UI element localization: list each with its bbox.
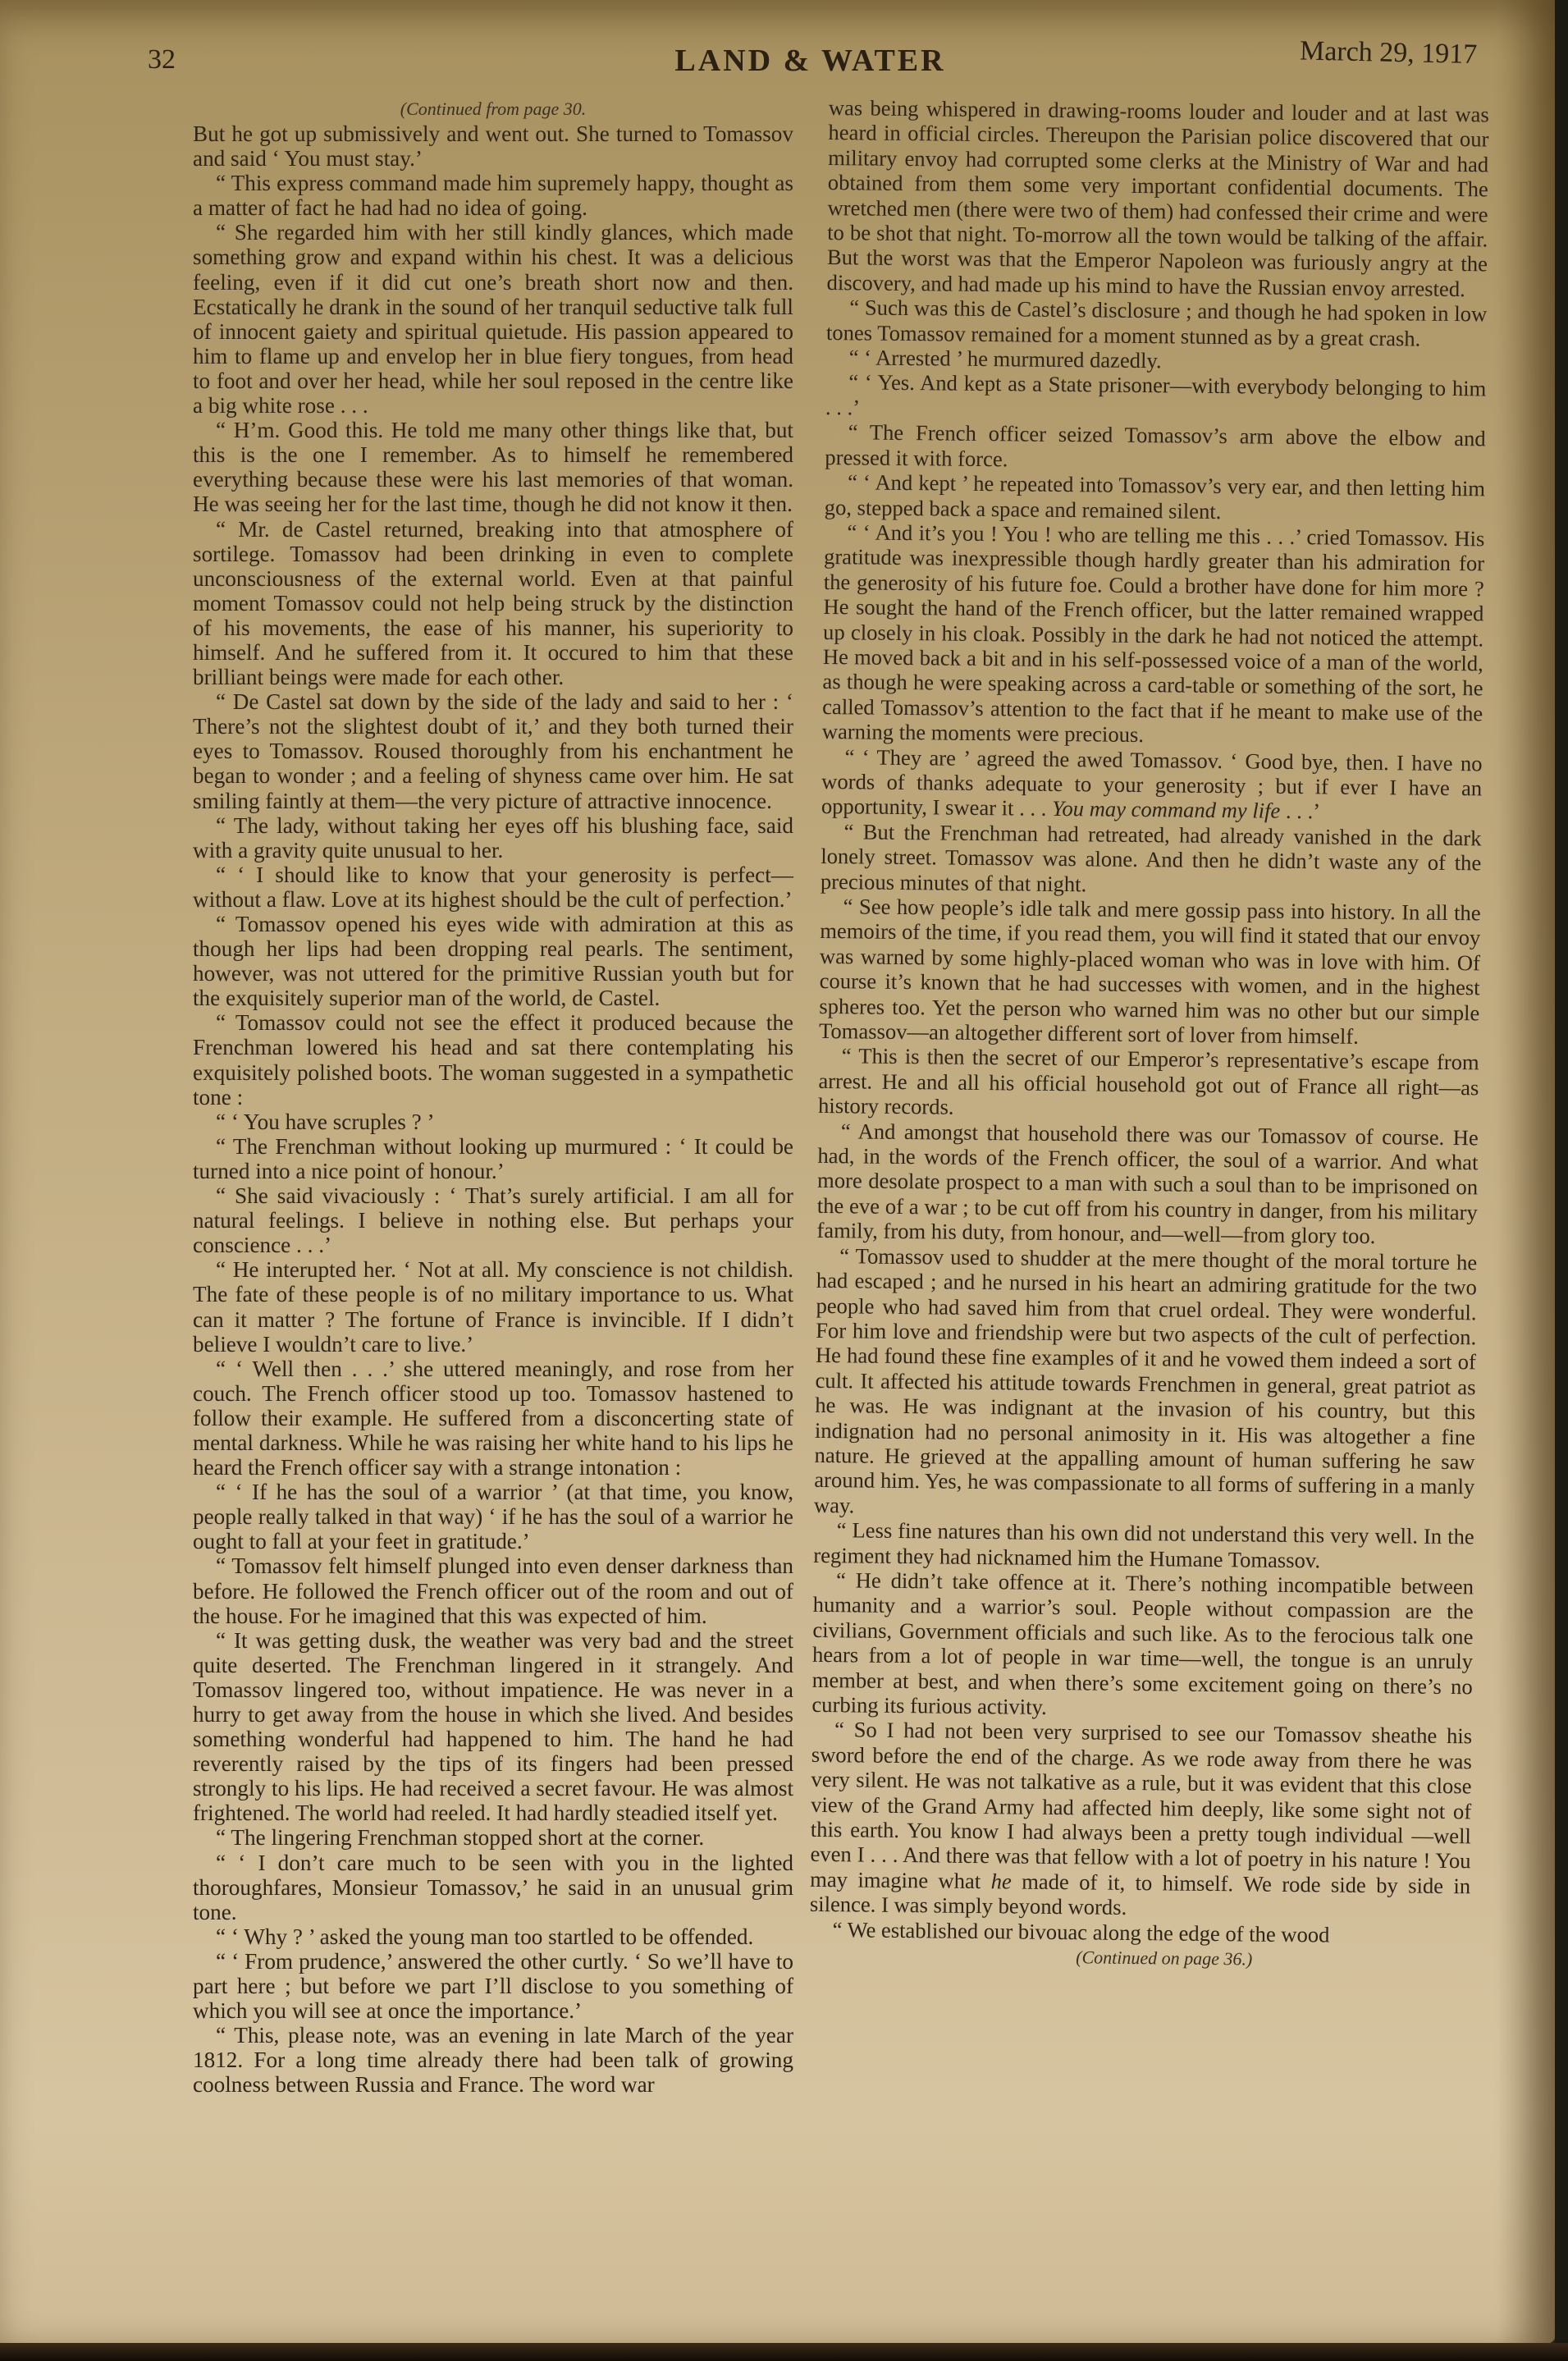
paragraph: “ ‘ And kept ’ he repeated into Tomassov… [825, 469, 1486, 526]
paragraph-text: . . .’ [1280, 798, 1320, 824]
paragraph: was being whispered in drawing-rooms lou… [826, 95, 1489, 302]
paragraph: “ Such was this de Castel’s disclosure ;… [826, 295, 1488, 351]
paragraph: “ The French officer seized Tomassov’s a… [825, 419, 1486, 476]
paragraph: “ She regarded him with her still kindly… [193, 220, 793, 418]
paragraph: “ ‘ Well then . . .’ she uttered meaning… [193, 1357, 793, 1480]
masthead: LAND & WATER [144, 43, 1477, 79]
issue-date: March 29, 1917 [1299, 35, 1477, 71]
paragraph: “ De Castel sat down by the side of the … [193, 689, 793, 812]
paragraph: “ ‘ Yes. And kept as a State prisoner—wi… [825, 369, 1487, 426]
paragraph: “ He didn’t take offence at it. There’s … [811, 1567, 1474, 1724]
italic-text: he [991, 1869, 1012, 1893]
paragraph: “ But the Frenchman had retreated, had a… [821, 819, 1482, 901]
paragraph: “ Tomassov felt himself plunged into eve… [193, 1553, 793, 1627]
paragraph: “ ‘ And it’s you ! You ! who are telling… [822, 519, 1485, 751]
paragraph: “ Tomassov opened his eyes wide with adm… [193, 912, 793, 1010]
paragraph: “ ‘ I don’t care much to be seen with yo… [193, 1851, 793, 1924]
paragraph: “ The lady, without taking her eyes off … [193, 813, 793, 862]
paragraph-text: “ So I had not been very surprised to se… [810, 1718, 1472, 1893]
paragraph: But he got up submissively and went out.… [193, 121, 793, 171]
paragraph: “ ‘ If he has the soul of a warrior ’ (a… [193, 1480, 793, 1553]
paragraph: “ This, please note, was an evening in l… [193, 2023, 793, 2097]
paragraph: “ See how people’s idle talk and mere go… [819, 894, 1481, 1050]
paragraph: “ ‘ From prudence,’ answered the other c… [193, 1949, 793, 2023]
paragraph: “ ‘ You have scruples ? ’ [193, 1110, 793, 1134]
left-column: (Continued from page 30. But he got up s… [193, 97, 793, 2098]
paragraph: “ He interupted her. ‘ Not at all. My co… [193, 1257, 793, 1356]
paragraph: “ It was getting dusk, the weather was v… [193, 1628, 793, 1826]
paragraph: “ So I had not been very surprised to se… [810, 1717, 1473, 1924]
italic-text: You may command my life [1052, 796, 1281, 823]
paragraph: “ ‘ I should like to know that your gene… [193, 862, 793, 912]
continued-from-note: (Continued from page 30. [193, 97, 793, 121]
paragraph: “ ‘ Why ? ’ asked the young man too star… [193, 1924, 793, 1949]
paragraph: “ And amongst that household there was o… [816, 1119, 1479, 1250]
right-column: was being whispered in drawing-rooms lou… [809, 95, 1489, 1974]
paragraph: “ The lingering Frenchman stopped short … [193, 1825, 793, 1850]
paragraph: “ Tomassov used to shudder at the mere t… [814, 1243, 1477, 1525]
paragraph: “ ‘ They are ’ agreed the awed Tomassov.… [821, 744, 1483, 826]
paragraph: “ Tomassov could not see the effect it p… [193, 1010, 793, 1109]
paragraph: “ This is then the secret of our Emperor… [818, 1043, 1479, 1125]
paragraph: “ Less fine natures than his own did not… [813, 1517, 1474, 1574]
paragraph: “ The Frenchman without looking up murmu… [193, 1134, 793, 1183]
page-bottom-edge [0, 2343, 1568, 2361]
page-header: 32 LAND & WATER March 29, 1917 [144, 39, 1477, 80]
paragraph: “ H’m. Good this. He told me many other … [193, 418, 793, 516]
paragraph: “ This express command made him supremel… [193, 171, 793, 220]
paragraph: “ Mr. de Castel returned, breaking into … [193, 517, 793, 690]
paragraph: “ She said vivaciously : ‘ That’s surely… [193, 1183, 793, 1257]
magazine-page: 32 LAND & WATER March 29, 1917 (Continue… [0, 0, 1555, 2347]
